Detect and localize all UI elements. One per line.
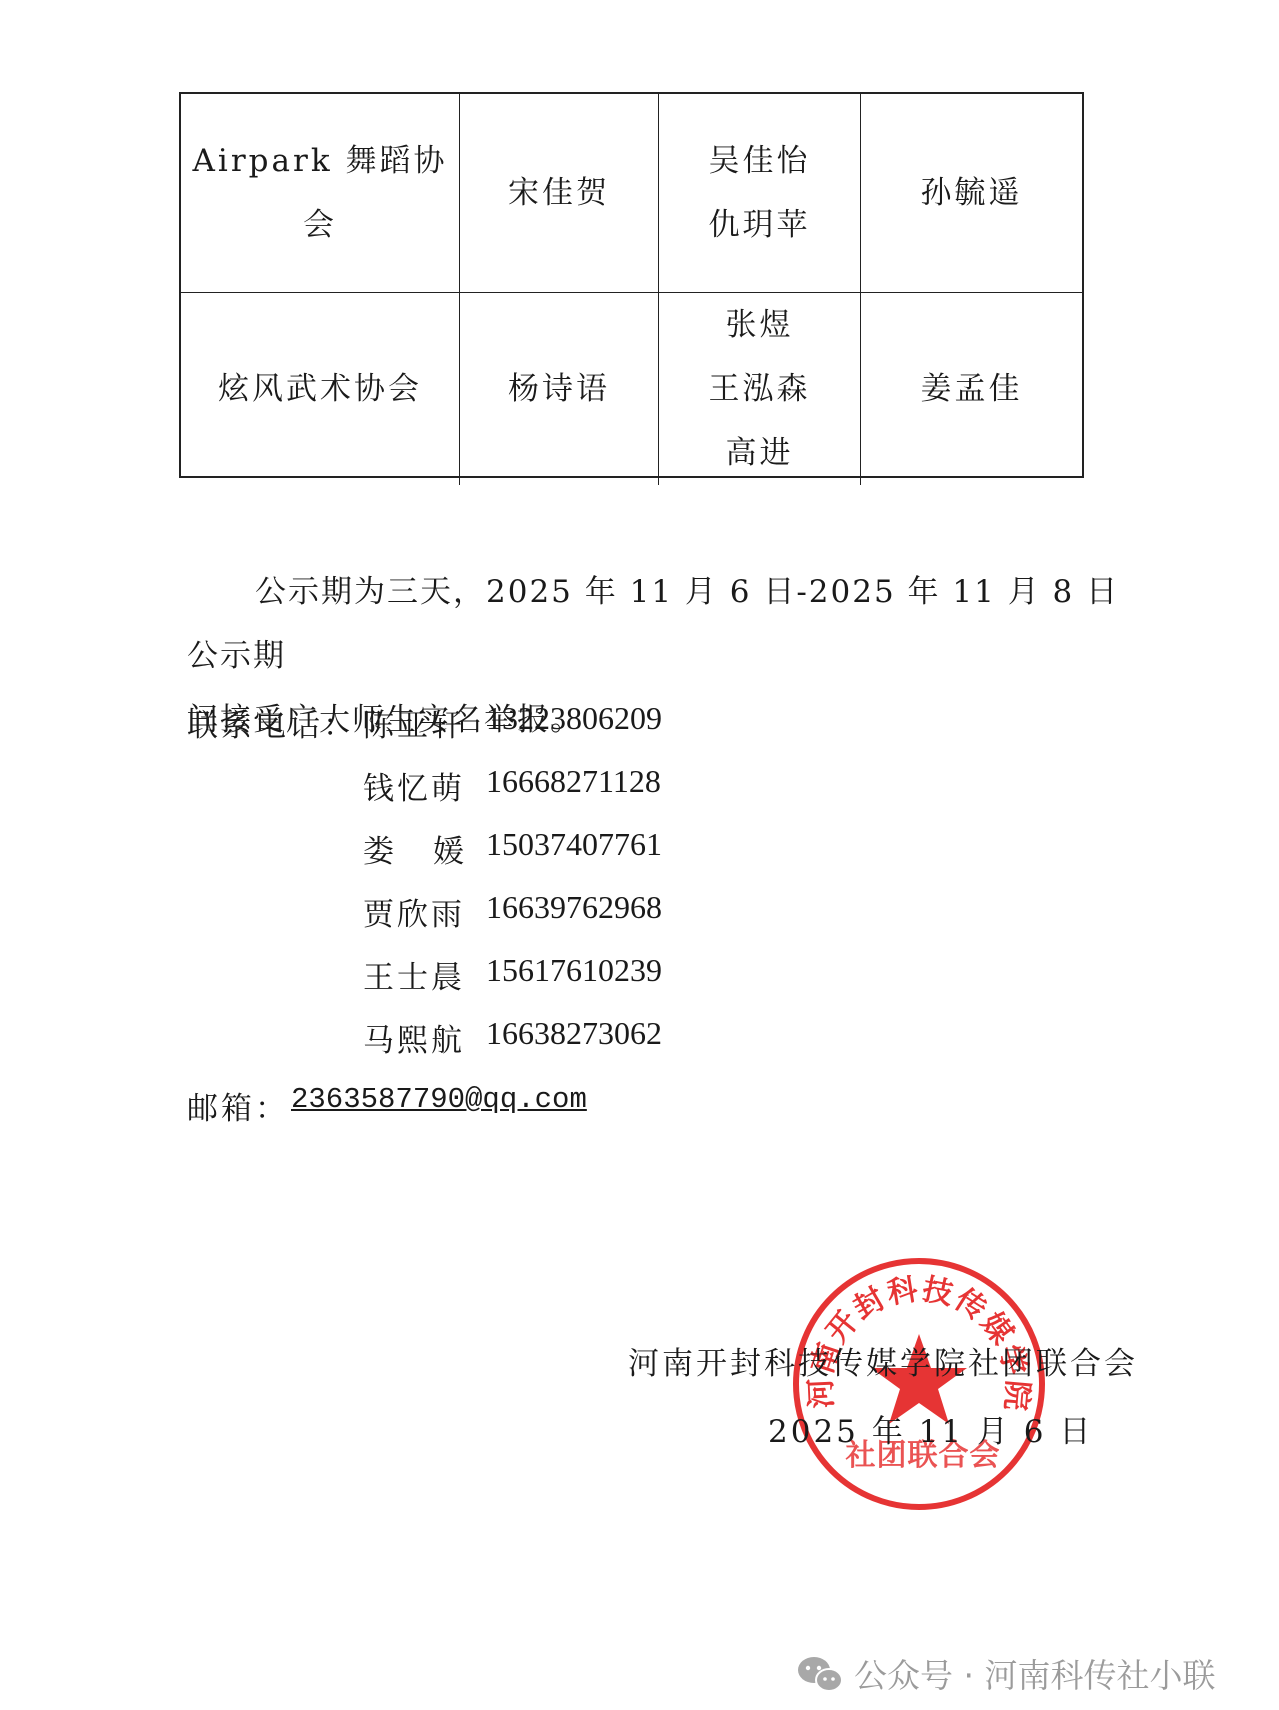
cell-text: 吴佳怡 xyxy=(709,129,811,193)
table-cell: 张煜 王泓森 高进 xyxy=(659,293,861,485)
table-cell: 孙毓遥 xyxy=(861,94,1082,293)
contact-phone: 16639762968 xyxy=(486,889,662,926)
email-link[interactable]: 2363587790@qq.com xyxy=(291,1083,587,1116)
contact-name: 王士晨 xyxy=(363,952,471,997)
table-cell: 姜孟佳 xyxy=(861,293,1082,485)
table-cell-club: 炫风武术协会 xyxy=(181,293,460,485)
contact-phone: 16668271128 xyxy=(486,763,661,800)
watermark-text: 公众号 · 河南科传社小联 xyxy=(854,1650,1215,1697)
cell-text: 杨诗语 xyxy=(508,357,610,421)
contact-name: 钱忆萌 xyxy=(363,763,471,808)
email-label: 邮箱： xyxy=(187,1083,289,1128)
table-cell: 宋佳贺 xyxy=(460,94,659,293)
cell-text: 炫风武术协会 xyxy=(218,357,422,421)
table-cell: 吴佳怡 仇玥苹 xyxy=(659,94,861,293)
nomination-table: Airpark 舞蹈协 会 宋佳贺 吴佳怡 仇玥苹 孙毓遥 炫风武术协会 杨诗语… xyxy=(179,92,1084,478)
contact-name: 贾欣雨 xyxy=(363,889,471,934)
contact-phone: 13223806209 xyxy=(486,700,662,737)
contact-phone: 16638273062 xyxy=(486,1015,662,1052)
cell-text: 王泓森 xyxy=(709,357,811,421)
contact-name: 马熙航 xyxy=(363,1015,471,1060)
cell-text: 张煜 xyxy=(726,293,794,357)
cell-text: 高进 xyxy=(726,421,794,485)
notice-line-1: 公示期为三天，2025 年 11 月 6 日-2025 年 11 月 8 日公示… xyxy=(187,560,1147,688)
cell-text: 会 xyxy=(303,193,337,257)
contact-phone: 15617610239 xyxy=(486,952,662,989)
signature-organization: 河南开封科技传媒学院社团联合会 xyxy=(628,1338,1138,1383)
contact-name: 娄媛 xyxy=(363,826,471,871)
cell-text: 宋佳贺 xyxy=(508,161,610,225)
cell-text: 孙毓遥 xyxy=(921,161,1023,225)
wechat-icon xyxy=(796,1654,844,1694)
wechat-watermark: 公众号 · 河南科传社小联 xyxy=(796,1650,1215,1697)
cell-text: 姜孟佳 xyxy=(921,357,1023,421)
table-cell-club: Airpark 舞蹈协 会 xyxy=(181,94,460,293)
official-seal: 河南开封科技传媒学院 社团联合会 xyxy=(793,1258,1045,1510)
cell-text: 仇玥苹 xyxy=(709,193,811,257)
signature-date: 2025 年 11 月 6 日 xyxy=(768,1406,1093,1451)
contact-phone: 15037407761 xyxy=(486,826,662,863)
cell-text: Airpark 舞蹈协 xyxy=(193,129,448,193)
table-cell: 杨诗语 xyxy=(460,293,659,485)
contact-label: 联系电话： xyxy=(187,700,357,745)
contact-name: 陈亚轩 xyxy=(363,700,471,745)
